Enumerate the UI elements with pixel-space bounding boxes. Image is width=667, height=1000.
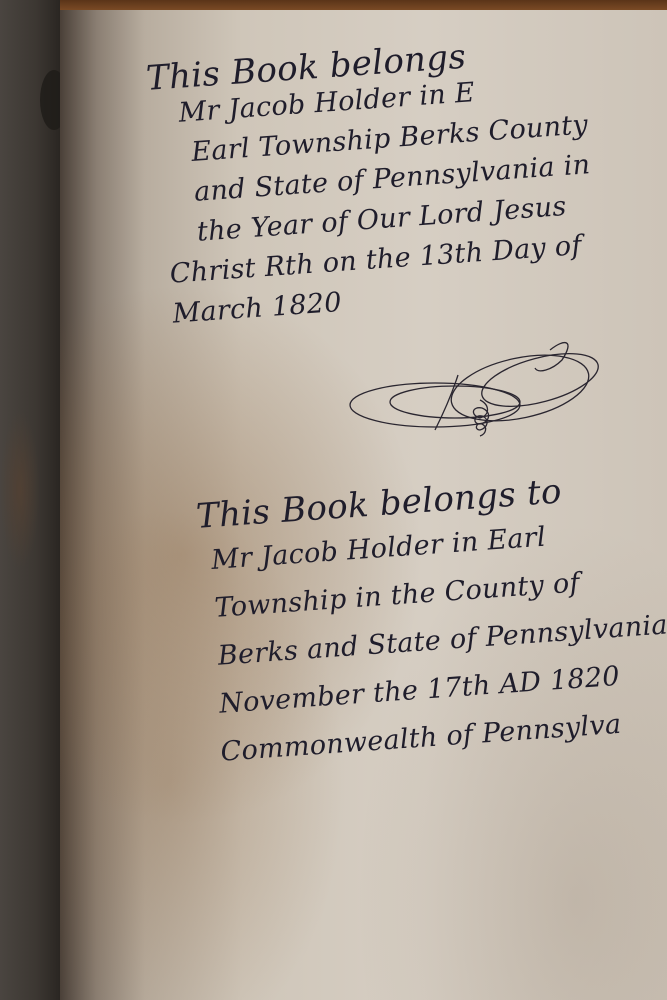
ownership-inscription-1: This Book belongs Mr Jacob Holder in E E… bbox=[145, 31, 601, 341]
ownership-inscription-2: This Book belongs to Mr Jacob Holder in … bbox=[195, 468, 667, 788]
book-cover-board bbox=[0, 0, 60, 1000]
book-top-edge bbox=[60, 0, 667, 10]
flourish-monogram-icon bbox=[340, 340, 610, 480]
water-stain bbox=[0, 410, 40, 570]
